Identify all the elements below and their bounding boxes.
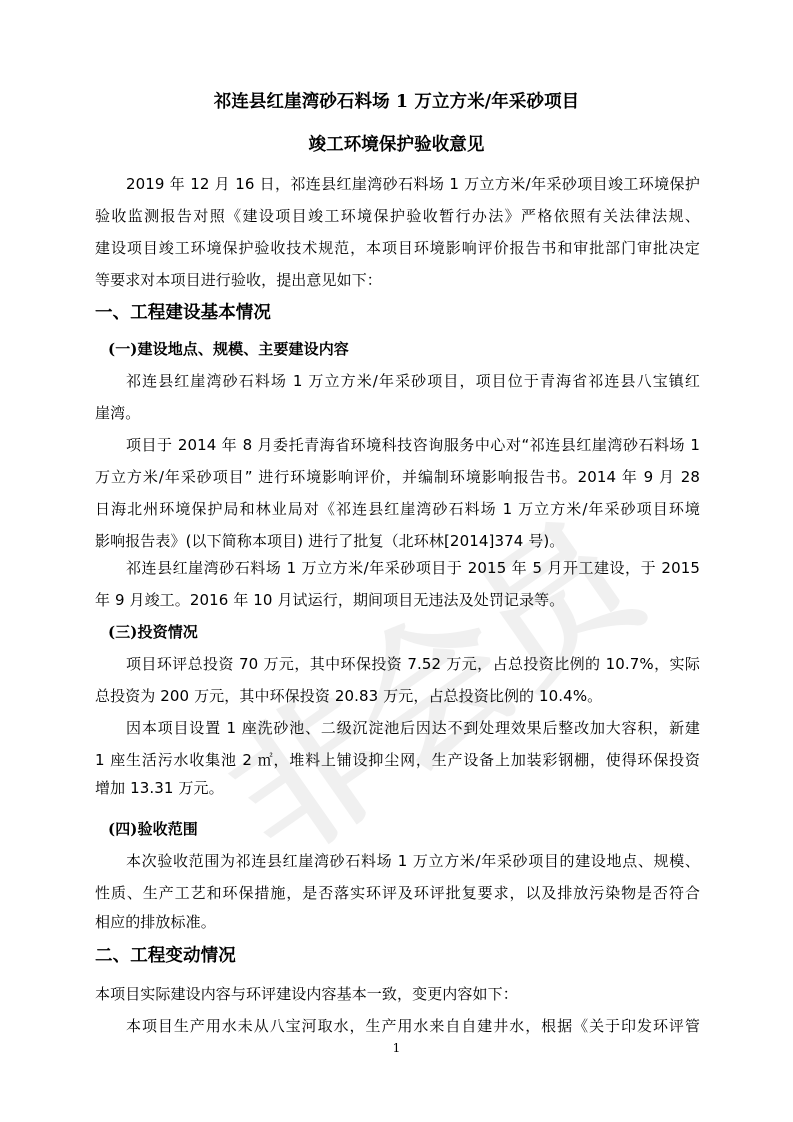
page-number: 1 [0,1041,793,1055]
s3-p2-line-2: 1 座生活污水收集池 2 ㎡，堆料上铺设抑尘网，生产设备上加装彩钢棚，使得环保投… [95,750,700,770]
intro-line-4: 等要求对本项目进行验收，提出意见如下： [95,270,700,290]
s4-p1-line-1: 本次验收范围为祁连县红崖湾砂石料场 1 万立方米/年采砂项目的建设地点、规模、 [126,851,700,871]
intro-line-3: 建设项目竣工环境保护验收技术规范，本项目环境影响评价报告书和审批部门审批决定 [95,238,700,258]
s4-p1-line-2: 性质、生产工艺和环保措施，是否落实环评及环评批复要求，以及排放污染物是否符合 [95,883,700,903]
s3-p1-line-2: 总投资为 200 万元，其中环保投资 20.83 万元，占总投资比例的 10.4… [95,686,700,706]
section-1-heading: 一、工程建设基本情况 [95,303,700,323]
subsection-3-heading: (三)投资情况 [108,622,713,642]
title-line-2: 竣工环境保护验收意见 [0,135,793,155]
s1-p3-line-1: 祁连县红崖湾砂石料场 1 万立方米/年采砂项目于 2015 年 5 月开工建设，… [126,558,700,578]
s3-p2-line-3: 增加 13.31 万元。 [95,778,700,798]
subsection-4-heading: (四)验收范围 [108,819,713,839]
s1-p3-line-2: 年 9 月竣工。2016 年 10 月试运行，期间项目无违法及处罚记录等。 [95,590,700,610]
title-line-1: 祁连县红崖湾砂石料场 1 万立方米/年采砂项目 [0,92,793,112]
document-page: 非会员 祁连县红崖湾砂石料场 1 万立方米/年采砂项目 竣工环境保护验收意见 2… [0,0,793,1122]
s3-p2-line-1: 因本项目设置 1 座洗砂池、二级沉淀池后因达不到处理效果后整改加大容积，新建 [126,718,700,738]
s1-p1-line-1: 祁连县红崖湾砂石料场 1 万立方米/年采砂项目，项目位于青海省祁连县八宝镇红 [126,371,700,391]
subsection-1-heading: (一)建设地点、规模、主要建设内容 [108,339,713,359]
s2-p1: 本项目实际建设内容与环评建设内容基本一致，变更内容如下： [95,984,700,1004]
s1-p2-line-4: 影响报告表》(以下简称本项目) 进行了批复（北环林[2014]374 号)。 [95,531,700,551]
intro-line-1: 2019 年 12 月 16 日，祁连县红崖湾砂石料场 1 万立方米/年采砂项目… [126,174,700,194]
section-2-heading: 二、工程变动情况 [95,946,700,966]
s2-p2-line-1: 本项目生产用水未从八宝河取水，生产用水来自自建井水，根据《关于印发环评管 [126,1016,700,1036]
s1-p1-line-2: 崖湾。 [95,403,700,423]
s4-p1-line-3: 相应的排放标准。 [95,912,700,932]
s1-p2-line-1: 项目于 2014 年 8 月委托青海省环境科技咨询服务中心对“祁连县红崖湾砂石料… [126,435,700,455]
s3-p1-line-1: 项目环评总投资 70 万元，其中环保投资 7.52 万元，占总投资比例的 10.… [126,654,700,674]
s1-p2-line-2: 万立方米/年采砂项目” 进行环境影响评价，并编制环境影响报告书。2014 年 9… [95,467,700,487]
s1-p2-line-3: 日海北州环境保护局和林业局对《祁连县红崖湾砂石料场 1 万立方米/年采砂项目环境 [95,499,700,519]
intro-line-2: 验收监测报告对照《建设项目竣工环境保护验收暂行办法》严格依照有关法律法规、 [95,206,700,226]
